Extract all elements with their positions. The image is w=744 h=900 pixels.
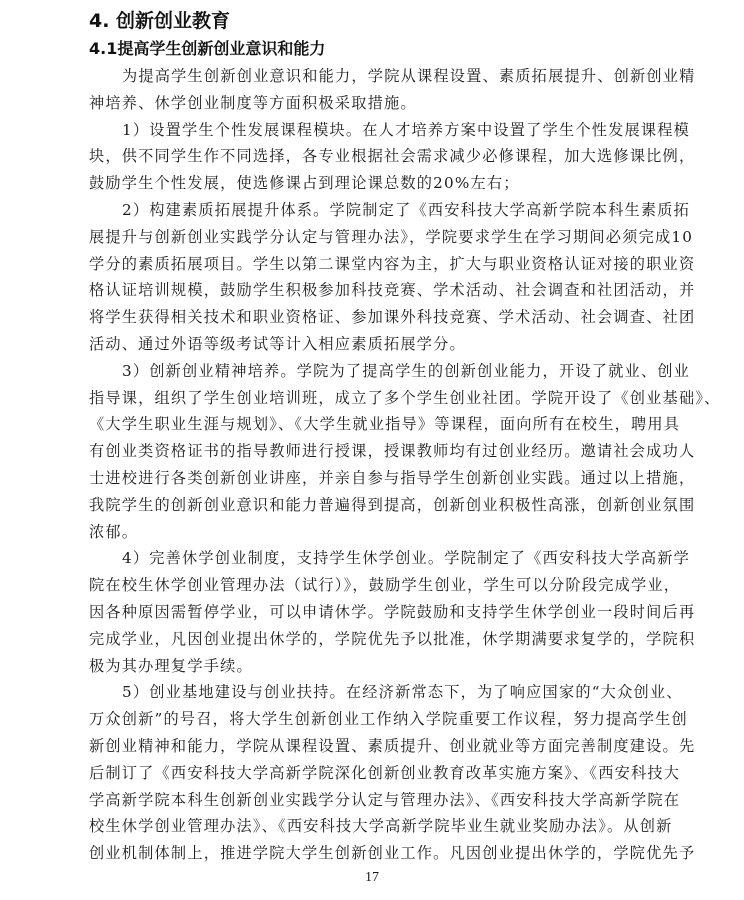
text-line: 《大学生职业生涯与规划》、《大学生就业指导》等课程，面向所有在校生，聘用具 [89, 411, 659, 438]
text-line: 3）创新创业精神培养。学院为了提高学生的创新创业能力，开设了就业、创业 [89, 358, 659, 385]
text-line: 万众创新”的号召，将大学生创新创业工作纳入学院重要工作议程，努力提高学生创 [89, 706, 659, 733]
text-line: 5）创业基地建设与创业扶持。在经济新常态下，为了响应国家的“大众创业、 [89, 679, 659, 706]
text-line: 学分的素质拓展项目。学生以第二课堂内容为主，扩大与职业资格认证对接的职业资 [89, 251, 659, 278]
text-line: 完成学业，凡因创业提出休学的，学院优先予以批准，休学期满要求复学的，学院积 [89, 626, 659, 653]
text-line: 展提升与创新创业实践学分认定与管理办法》，学院要求学生在学习期间必须完成10 [89, 224, 659, 251]
text-line: 士进校进行各类创新创业讲座，并亲自参与指导学生创新创业实践。通过以上措施， [89, 465, 659, 492]
text-line: 后制订了《西安科技大学高新学院深化创新创业教育改革实施方案》、《西安科技大 [89, 760, 659, 787]
text-line: 因各种原因需暂停学业，可以申请休学。学院鼓励和支持学生休学创业一段时间后再 [89, 599, 659, 626]
text-line: 有创业类资格证书的指导教师进行授课，授课教师均有过创业经历。邀请社会成功人 [89, 438, 659, 465]
document-page: 4. 创新创业教育 4.1提高学生创新创业意识和能力 为提高学生创新创业意识和能… [0, 0, 744, 900]
text-line: 神培养、休学创业制度等方面积极采取措施。 [89, 90, 659, 117]
text-line: 院在校生休学创业管理办法（试行）》，鼓励学生创业，学生可以分阶段完成学业， [89, 572, 659, 599]
page-number: 17 [0, 870, 744, 886]
paragraph-item-1: 1）设置学生个性发展课程模块。在人才培养方案中设置了学生个性发展课程模 块，供不… [89, 117, 659, 197]
text-line: 我院学生的创新创业意识和能力普遍得到提高，创新创业积极性高涨，创新创业氛围 [89, 492, 659, 519]
text-line: 为提高学生创新创业意识和能力，学院从课程设置、素质拓展提升、创新创业精 [89, 63, 659, 90]
text-line: 1）设置学生个性发展课程模块。在人才培养方案中设置了学生个性发展课程模 [89, 117, 659, 144]
text-line: 将学生获得相关技术和职业资格证、参加课外科技竞赛、学术活动、社会调查、社团 [89, 304, 659, 331]
text-line: 格认证培训规模，鼓励学生积极参加科技竞赛、学术活动、社会调查和社团活动，并 [89, 277, 659, 304]
text-line: 学高新学院本科生创新创业实践学分认定与管理办法》、《西安科技大学高新学院在 [89, 787, 659, 814]
text-line: 指导课，组织了学生创业培训班，成立了多个学生创业社团。学院开设了《创业基础》、 [89, 385, 659, 412]
text-line: 创业机制体制上，推进学院大学生创新创业工作。凡因创业提出休学的，学院优先予 [89, 840, 659, 867]
paragraph-item-4: 4）完善休学创业制度，支持学生休学创业。学院制定了《西安科技大学高新学 院在校生… [89, 545, 659, 679]
paragraph-item-3: 3）创新创业精神培养。学院为了提高学生的创新创业能力，开设了就业、创业 指导课，… [89, 358, 659, 546]
section-heading: 4. 创新创业教育 [89, 8, 230, 34]
paragraph-item-2: 2）构建素质拓展提升体系。学院制定了《西安科技大学高新学院本科生素质拓 展提升与… [89, 197, 659, 358]
subsection-heading: 4.1提高学生创新创业意识和能力 [89, 37, 325, 61]
text-line: 4）完善休学创业制度，支持学生休学创业。学院制定了《西安科技大学高新学 [89, 545, 659, 572]
text-line: 块，供不同学生作不同选择，各专业根据社会需求减少必修课程，加大选修课比例， [89, 143, 659, 170]
text-line: 活动、通过外语等级考试等计入相应素质拓展学分。 [89, 331, 659, 358]
text-line: 极为其办理复学手续。 [89, 653, 659, 680]
paragraph-intro: 为提高学生创新创业意识和能力，学院从课程设置、素质拓展提升、创新创业精 神培养、… [89, 63, 659, 117]
text-line: 2）构建素质拓展提升体系。学院制定了《西安科技大学高新学院本科生素质拓 [89, 197, 659, 224]
text-line: 鼓励学生个性发展，使选修课占到理论课总数的20%左右； [89, 170, 659, 197]
text-line: 校生休学创业管理办法》、《西安科技大学高新学院毕业生就业奖励办法》。从创新 [89, 813, 659, 840]
text-line: 新创业精神和能力，学院从课程设置、素质提升、创业就业等方面完善制度建设。先 [89, 733, 659, 760]
paragraph-item-5: 5）创业基地建设与创业扶持。在经济新常态下，为了响应国家的“大众创业、 万众创新… [89, 679, 659, 867]
body-text: 为提高学生创新创业意识和能力，学院从课程设置、素质拓展提升、创新创业精 神培养、… [89, 63, 659, 867]
text-line: 浓郁。 [89, 519, 659, 546]
